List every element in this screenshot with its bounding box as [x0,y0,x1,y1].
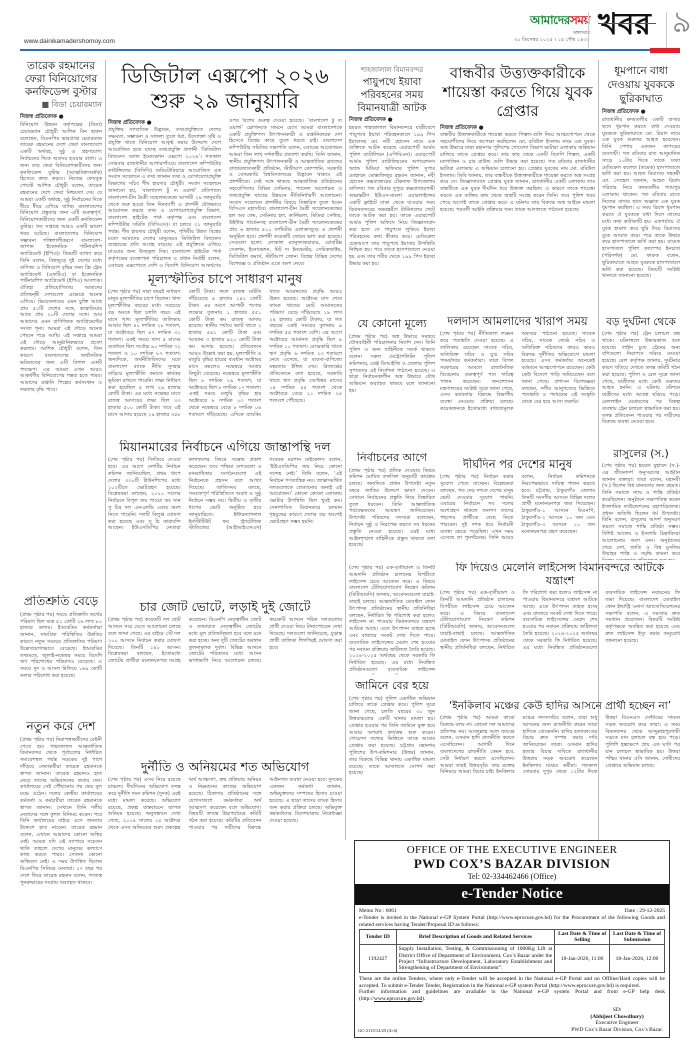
masthead: www.dainikamadershomoy.com আমাদেরসময় মঙ… [0,0,700,50]
signatory-name: (Abhijeet Chowdhury) [590,1014,643,1020]
table-row: 1192427 Supply Installation, Testing, & … [360,945,665,973]
brand-logo[interactable]: আমাদেরসময় [530,12,590,32]
article-headline[interactable]: ফি দিয়েও মেলেনি লাইসেন্স বিমানবন্দরে আট… [440,562,680,587]
column-divider [105,60,106,770]
brand-logo-part1: আমাদের [530,13,570,27]
tender-notice-ad: OFFICE OF THE EXECUTIVE ENGINEER PWD COX… [354,840,670,1038]
article-body: বিনিয়োগ উন্নয়ন কর্তৃপক্ষের (বিডা) চেয়… [20,122,102,394]
article-fee-continued: (শেষ পৃষ্ঠার পর) এক-তৃতীয়াংশ ও তিনটি আম… [349,565,435,675]
article-body: (শেষ পৃষ্ঠার পর) হযরত মুহাম্মদ (স.)-এর জ… [602,463,680,560]
article-body: (শেষ পৃষ্ঠার পর) এসব নিয়ে রয়েছে চাঞ্চল… [108,777,342,1042]
ad-office-title: OFFICE OF THE EXECUTIVE ENGINEER [355,844,669,856]
masthead-red-accent [650,48,680,53]
ad-memo-row: Memo No : 6061 Date : 29-12-2025 [355,905,669,915]
masthead-divider [666,12,667,48]
article-body: (শেষ পৃষ্ঠার পর) জিতিয়ে দেওয়া হবে। এর … [108,457,342,582]
brand-logo-part2: সময় [570,13,590,27]
article-dalal: দলদাস আমলাদের খারাপ সময় (শেষ পৃষ্ঠার পর… [440,315,595,455]
article-dirghodin: দীর্ঘদিন পর দেশের মানুষ (শেষ পৃষ্ঠার পর)… [440,458,595,558]
ad-signature: SD/ (Abhijeet Chowdhury) Executive Engin… [571,1007,663,1033]
col-header-submission-date: Last Date & Time of Submission [610,930,665,945]
article-body: (শেষ পৃষ্ঠার পর) সারা বছরই সাধারণ মানুষ … [108,289,342,437]
ad-telephone: Tel: 02-334462466 (Office) [355,872,669,881]
article-byline: নিজস্ব প্রতিবেদক ● [20,114,102,122]
article-headline[interactable]: নতুন করে দেশ [20,720,102,734]
headline-line-1: ডিজিটাল এক্সপো ২০২৬ [121,64,329,88]
article-headline[interactable]: পায়ুপথে ইয়াবা পরিবহনের সময় বিমানযাত্র… [349,76,435,115]
article-author: ■ বিডা চেয়ারম্যান [20,99,102,112]
article-boro-durghotona: বড় দুর্ঘটনা থেকে (শেষ পৃষ্ঠার পর) ট্রেন… [602,316,680,446]
article-myanmar: মিয়ানমারের নির্বাচনে এগিয়ে জান্তাপন্থি… [108,440,342,590]
ad-division-title: PWD COX’S BAZAR DIVISION [355,856,669,872]
column-divider [345,60,346,840]
ad-memo-number: Memo No : 6061 [359,908,397,914]
cell-description: Supply Installation, Testing, & Commissi… [396,945,555,973]
article-je-kono: যে কোনো মূল্যে (প্রথম পৃষ্ঠার পর) অস্ত্র… [349,318,435,438]
article-fee: ফি দিয়েও মেলেনি লাইসেন্স বিমানবন্দরে আট… [440,562,680,692]
article-headline[interactable]: বান্ধবীর উত্ত্যক্তকারীকে শায়েস্তা করতে … [440,64,595,121]
article-body: (শেষ পৃষ্ঠার পর) পুলিশ একাধিক অভিযান চাল… [349,696,435,778]
article-headline[interactable]: দলদাস আমলাদের খারাপ সময় [440,315,595,328]
article-durniti: দুর্নীতি ও অনিয়মের শত অভিযোগ (শেষ পৃষ্ঠ… [108,760,342,1045]
article-byline: নিজস্ব প্রতিবেদক ● [440,125,595,132]
article-body: নিজস্ব প্রতিবেদক ● প্রযুক্তির সাম্প্রতিক… [108,118,342,268]
ad-footer: These are the online Tenders, where only… [355,974,669,1004]
article-body: (প্রথম পৃষ্ঠার পর) অস্ত্র উদ্ধারে সমন্বয… [349,334,435,395]
ad-footer-text: ). [422,996,425,1002]
headline-line-2: শুরু ২৯ জানুয়ারি [151,89,299,113]
issue-date: ৩০ ডিসেম্বর ২০২৫ । ১৫ পৌষ ১৪৩২ [514,37,590,45]
article-byline: নিজস্ব প্রতিবেদক ● [602,109,680,117]
ad-date: Date : 29-12-2025 [625,908,665,914]
article-byline: নিজস্ব প্রতিবেদক ● [349,117,435,125]
col-header-selling-date: Last Date & Time of Selling [555,930,610,945]
article-byline: নিজস্ব প্রতিবেদক ● [108,120,221,127]
article-nirbachon: নির্বাচনের আগে (প্রথম পৃষ্ঠার পর) প্রতিক… [349,452,435,562]
article-body: নিজস্ব প্রতিবেদক ● বান্ধবীর উত্ত্যক্তকার… [440,125,595,213]
article-body: (শেষ পৃষ্ঠার পর) নীতিমালা লঙ্ঘন করে পদোন… [440,331,595,451]
article-body-text: (প্রথম পৃষ্ঠার পর) আমরা কারো বিরুদ্ধে বল… [440,715,680,775]
article-headline[interactable]: জামিনে বের হয়ে [349,680,435,693]
ad-footer-line2: Further information and guidelines are a… [359,989,665,1002]
article-pratishruti: প্রতিশ্রুতি বেড়ে (প্রথম পৃষ্ঠার পর) সময… [20,595,102,715]
article-headline[interactable]: চার জোট ভোটে, লড়াই দুই জোটে [108,600,342,614]
article-tarek: তারেক রহমানের ফেরা বিনিয়োগের কনফিডেন্স … [20,60,102,558]
ad-footer-line1: These are the online Tenders, where only… [359,976,665,989]
article-body: (শেষ পৃষ্ঠার পর) এক-তৃতীয়াংশ ও তিনটি আম… [349,565,435,675]
ad-banner: e-Tender Notice [355,884,669,905]
article-body: (প্রথম পৃষ্ঠার পর) কয়েকটি দল ছোট আসনে স… [108,617,342,722]
col-header-tender-id: Tender ID [360,930,397,945]
col-header-description: Brief Description of Goods and Related S… [396,930,555,945]
article-inflation: মূল্যস্ফীতির চাপে সাধারণ মানুষ (শেষ পৃষ্… [108,272,342,442]
cell-tender-id: 1192427 [360,945,397,973]
article-inqilab: ‘ইনকিলাব মঞ্চের কেউ হাদির আসনে প্রার্থী … [440,700,680,835]
article-body: রাজধানীর কদমতলীর একটি বাসার ছাদে ধূমপান … [602,117,680,280]
article-headline[interactable]: নির্বাচনের আগে [349,452,435,465]
article-bandhobi: বান্ধবীর উত্ত্যক্তকারীকে শায়েস্তা করতে … [440,64,595,249]
article-headline[interactable]: দীর্ঘদিন পর দেশের মানুষ [440,458,595,471]
article-expo-body: নিজস্ব প্রতিবেদক ● প্রযুক্তির সাম্প্রতিক… [108,118,342,268]
article-rasul: রাসুলের (স.) (শেষ পৃষ্ঠার পর) হযরত মুহাম… [602,448,680,560]
article-char-jot: চার জোট ভোটে, লড়াই দুই জোটে (প্রথম পৃষ্… [108,600,342,725]
article-kicker: শাহজালাল বিমানবন্দর [349,64,435,76]
article-headline[interactable]: প্রতিশ্রুতি বেড়ে [20,595,102,609]
tender-table: Tender ID Brief Description of Goods and… [359,929,665,973]
article-shahjalal: শাহজালাল বিমানবন্দর পায়ুপথে ইয়াবা পরিব… [349,64,435,309]
article-headline[interactable]: যে কোনো মূল্যে [349,318,435,331]
cell-submission-date: 18-Jan-2026, 12:00 [610,945,665,973]
article-dhumpan: ধূমপানে বাধা দেওয়ায় যুবককে ছুরিকাঘাত ন… [602,64,680,314]
article-headline[interactable]: ‘ইনকিলাব মঞ্চের কেউ হাদির আসনে প্রার্থী … [440,700,680,712]
article-headline[interactable]: ডিজিটাল এক্সপো ২০২৬ শুরু ২৯ জানুয়ারি [108,64,342,114]
article-headline[interactable]: ধূমপানে বাধা দেওয়ায় যুবককে ছুরিকাঘাত [602,64,680,106]
article-body-text: প্রযুক্তির সাম্প্রতিক উদ্ভাবন, তথ্যপ্রযু… [108,118,342,268]
masthead-divider [588,12,589,48]
ad-gc-code: GC-2115/12/25 (4×4) [358,1028,397,1033]
article-body: (প্রথম পৃষ্ঠার পর) সময়ে প্রতিশ্রুতি অর্… [20,612,102,680]
article-body: (প্রথম পৃষ্ঠার পর) আমরা কারো বিরুদ্ধে বল… [440,715,680,833]
site-url-link[interactable]: www.dainikamadershomoy.com [24,38,115,45]
article-headline[interactable]: রাসুলের (স.) [602,448,680,460]
article-headline[interactable]: দুর্নীতি ও অনিয়মের শত অভিযোগ [108,760,342,774]
article-body: (প্রথম পৃষ্ঠার পর) নিরাপত্তাকর্মীদের বেষ… [20,737,102,887]
section-title: খবর [598,10,651,40]
page-number: ৯ [672,8,691,38]
ad-intro-text: e-Tender is invited in the National e-GP… [355,915,669,928]
article-body: (শেষ পৃষ্ঠার পর) নির্বাচন করার সুযোগ পেত… [440,474,595,554]
article-headline[interactable]: তারেক রহমানের ফেরা বিনিয়োগের কনফিডেন্স … [20,60,102,99]
article-body: (প্রথম পৃষ্ঠার পর) প্রতিক দেওয়ার বিষয়ে… [349,468,435,550]
masthead-blue-rule [20,49,670,51]
article-headline[interactable]: বড় দুর্ঘটনা থেকে [602,316,680,328]
tender-table-header: Tender ID Brief Description of Goods and… [360,930,665,945]
article-headline[interactable]: মূল্যস্ফীতির চাপে সাধারণ মানুষ [108,272,342,286]
cell-selling-date: 18-Jan-2026, 11:00 [555,945,610,973]
egp-link[interactable]: www.eprocure.gov.bd [374,996,422,1002]
signatory-office: PWD Cox’s Bazar Division, Cox’s Bazar. [571,1027,663,1034]
section-title-underline [598,23,656,24]
article-body: (শেষ পৃষ্ঠার পর) এক-তৃতীয়াংশ ও তিনটি আম… [440,590,680,692]
article-body: (শেষ পৃষ্ঠার পর) ট্রেন চলাচল বন্ধ থাকে। … [602,331,680,426]
article-headline[interactable]: মিয়ানমারের নির্বাচনে এগিয়ে জান্তাপন্থি… [108,440,342,454]
article-notun: নতুন করে দেশ (প্রথম পৃষ্ঠার পর) নিরাপত্ত… [20,720,102,1045]
article-body-text: বান্ধবীর উত্ত্যক্তকারীকে শায়েস্তা করতে … [440,132,595,213]
article-body: হযরত শাহজালাল বিমানবন্দরে যাত্রীবেশে পায… [349,125,435,268]
